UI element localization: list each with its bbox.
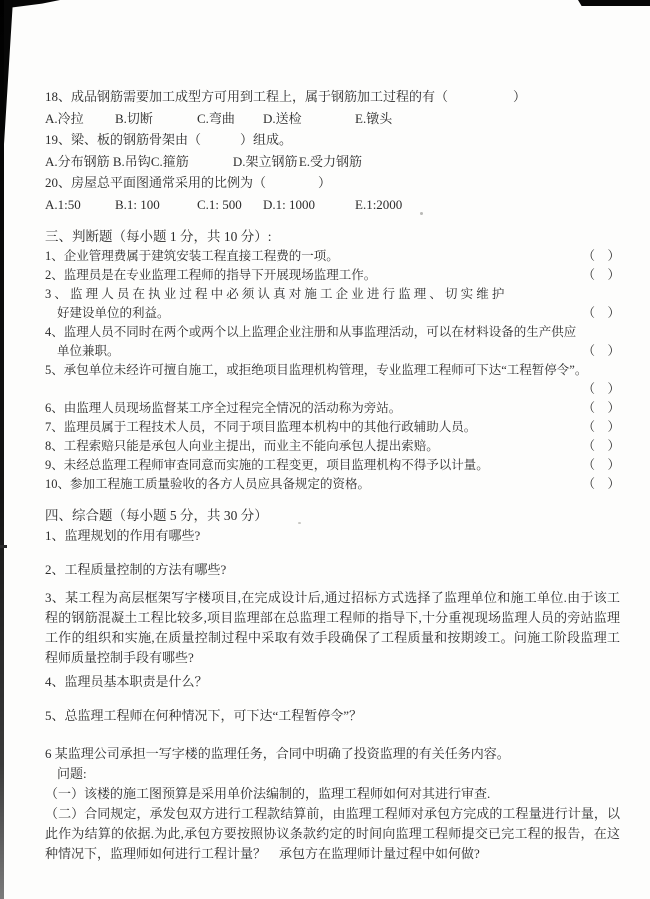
comp-question-6-part1: （一）该楼的施工图预算是采用单价法编制的，监理工程师如何对其进行审查. <box>45 784 620 804</box>
question-18-stem: 18、成品钢筋需要加工成型方可用到工程上，属于钢筋加工过程的有（ ） <box>45 86 620 108</box>
answer-bracket: （ ） <box>576 266 620 285</box>
scan-edge-top-right <box>578 0 650 6</box>
judgment-item-row: （ ） <box>45 380 620 399</box>
judgment-heading: 三、判断题（每小题 1 分，共 10 分）: <box>45 227 620 247</box>
option-b: C.箍筋 <box>151 151 233 173</box>
comp-question-5: 5、总监理工程师在何种情况下，可下达“工程暂停令”？ <box>45 706 620 726</box>
scan-edge-left <box>0 0 4 899</box>
judgment-text: 4、监理人员不同时在两个或两个以上监理企业注册和从事监理活动，可以在材料设备的生… <box>45 323 576 342</box>
comp-question-6-part2: （二）合同规定，承发包双方进行工程款结算前，由监理工程师对承包方完成的工程量进行… <box>45 804 620 864</box>
judgment-text: 8、工程索赔只能是承包人向业主提出，而业主不能向承包人提出索赔。 <box>45 437 439 456</box>
comp-question-2: 2、工程质量控制的方法有哪些? <box>45 560 620 580</box>
judgment-item-row: 4、监理人员不同时在两个或两个以上监理企业注册和从事监理活动，可以在材料设备的生… <box>45 323 620 342</box>
option-d: E.受力钢筋 <box>299 151 391 173</box>
judgment-text: 好建设单位的利益。 <box>45 304 170 323</box>
judgment-item-row: 3 、 监 理 人 员 在 执 业 过 程 中 必 须 认 真 对 施 工 企 … <box>45 285 620 304</box>
judgment-item-row: 9、未经总监理工程师审查同意而实施的工程变更，项目监理机构不得予以计量。 （ ） <box>45 456 620 475</box>
comp-question-6-label: 问题: <box>45 764 620 784</box>
comp-question-1: 1、监理规划的作用有哪些? <box>45 526 620 546</box>
judgment-text: 7、监理员属于工程技术人员，不同于项目监理本机构中的其他行政辅助人员。 <box>45 418 476 437</box>
answer-bracket: （ ） <box>576 475 620 494</box>
judgment-item-row: 单位兼职。 （ ） <box>45 342 620 361</box>
comp-question-3: 3、某工程为高层框架写字楼项目,在完成设计后,通过招标方式选择了监理单位和施工单… <box>45 588 620 668</box>
judgment-text: 5、承包单位未经许可擅自施工，或拒绝项目监理机构管理，专业监理工程师可下达“工程… <box>45 361 587 380</box>
answer-bracket <box>614 323 620 342</box>
answer-bracket: （ ） <box>576 456 620 475</box>
scanned-exam-page: 18、成品钢筋需要加工成型方可用到工程上，属于钢筋加工过程的有（ ） A.冷拉 … <box>0 0 650 899</box>
option-a: A.分布钢筋 B.吊钩 <box>45 151 151 173</box>
question-20-stem: 20、房屋总平面图通常采用的比例为（ ） <box>45 172 620 194</box>
answer-bracket <box>614 361 620 380</box>
option-c: D.架立钢筋 <box>233 151 299 173</box>
option-b: B.1: 100 <box>115 194 197 216</box>
judgment-text: 9、未经总监理工程师审查同意而实施的工程变更，项目监理机构不得予以计量。 <box>45 456 489 475</box>
judgment-section: 三、判断题（每小题 1 分，共 10 分）: 1、企业管理费属于建筑安装工程直接… <box>45 227 620 494</box>
answer-bracket: （ ） <box>576 418 620 437</box>
option-d: D.1: 1000 <box>263 194 355 216</box>
answer-bracket: （ ） <box>576 437 620 456</box>
scan-edge-tick <box>0 545 7 548</box>
question-19-options: A.分布钢筋 B.吊钩 C.箍筋 D.架立钢筋 E.受力钢筋 <box>45 151 620 173</box>
judgment-text: 2、监理员是在专业监理工程师的指导下开展现场监理工作。 <box>45 266 376 285</box>
comprehensive-heading: 四、综合题（每小题 5 分，共 30 分） <box>45 506 620 526</box>
judgment-text: 3 、 监 理 人 员 在 执 业 过 程 中 必 须 认 真 对 施 工 企 … <box>45 285 504 304</box>
option-a: A.冷拉 <box>45 108 115 130</box>
judgment-item-row: 7、监理员属于工程技术人员，不同于项目监理本机构中的其他行政辅助人员。 （ ） <box>45 418 620 437</box>
answer-bracket: （ ） <box>576 380 620 399</box>
option-d: D.送检 <box>263 108 355 130</box>
judgment-text: 1、企业管理费属于建筑安装工程直接工程费的一项。 <box>45 247 339 266</box>
option-e: E.镦头 <box>355 108 392 130</box>
answer-bracket <box>614 285 620 304</box>
comp-question-6-intro: 6 某监理公司承担一写字楼的监理任务，合同中明确了投资监理的有关任务内容。 <box>45 744 620 764</box>
option-c: C.弯曲 <box>197 108 263 130</box>
comp-question-4: 4、监理员基本职责是什么？ <box>45 672 620 692</box>
option-c: C.1: 500 <box>197 194 263 216</box>
judgment-item-row: 5、承包单位未经许可擅自施工，或拒绝项目监理机构管理，专业监理工程师可下达“工程… <box>45 361 620 380</box>
answer-bracket: （ ） <box>576 399 620 418</box>
judgment-text: 10、参加工程施工质量验收的各方人员应具备规定的资格。 <box>45 475 370 494</box>
option-e: E.1:2000 <box>355 194 402 216</box>
answer-bracket: （ ） <box>576 247 620 266</box>
judgment-item-row: 6、由监理人员现场监督某工序全过程完全情况的活动称为旁站。 （ ） <box>45 399 620 418</box>
judgment-item-row: 好建设单位的利益。 （ ） <box>45 304 620 323</box>
judgment-item-row: 10、参加工程施工质量验收的各方人员应具备规定的资格。 （ ） <box>45 475 620 494</box>
judgment-text: 6、由监理人员现场监督某工序全过程完全情况的活动称为旁站。 <box>45 399 401 418</box>
judgment-item-row: 2、监理员是在专业监理工程师的指导下开展现场监理工作。 （ ） <box>45 266 620 285</box>
question-19-stem: 19、梁、板的钢筋骨架由（ ）组成。 <box>45 129 620 151</box>
comprehensive-section: 四、综合题（每小题 5 分，共 30 分） 1、监理规划的作用有哪些? 2、工程… <box>45 506 620 864</box>
answer-bracket: （ ） <box>576 342 620 361</box>
judgment-item-row: 8、工程索赔只能是承包人向业主提出，而业主不能向承包人提出索赔。 （ ） <box>45 437 620 456</box>
answer-bracket: （ ） <box>576 304 620 323</box>
option-b: B.切断 <box>115 108 197 130</box>
option-a: A.1:50 <box>45 194 115 216</box>
multiple-choice-section: 18、成品钢筋需要加工成型方可用到工程上，属于钢筋加工过程的有（ ） A.冷拉 … <box>45 86 620 215</box>
question-18-options: A.冷拉 B.切断 C.弯曲 D.送检 E.镦头 <box>45 108 620 130</box>
page-content: 18、成品钢筋需要加工成型方可用到工程上，属于钢筋加工过程的有（ ） A.冷拉 … <box>45 86 620 864</box>
judgment-item-row: 1、企业管理费属于建筑安装工程直接工程费的一项。 （ ） <box>45 247 620 266</box>
judgment-text: 单位兼职。 <box>45 342 120 361</box>
question-20-options: A.1:50 B.1: 100 C.1: 500 D.1: 1000 E.1:2… <box>45 194 620 216</box>
